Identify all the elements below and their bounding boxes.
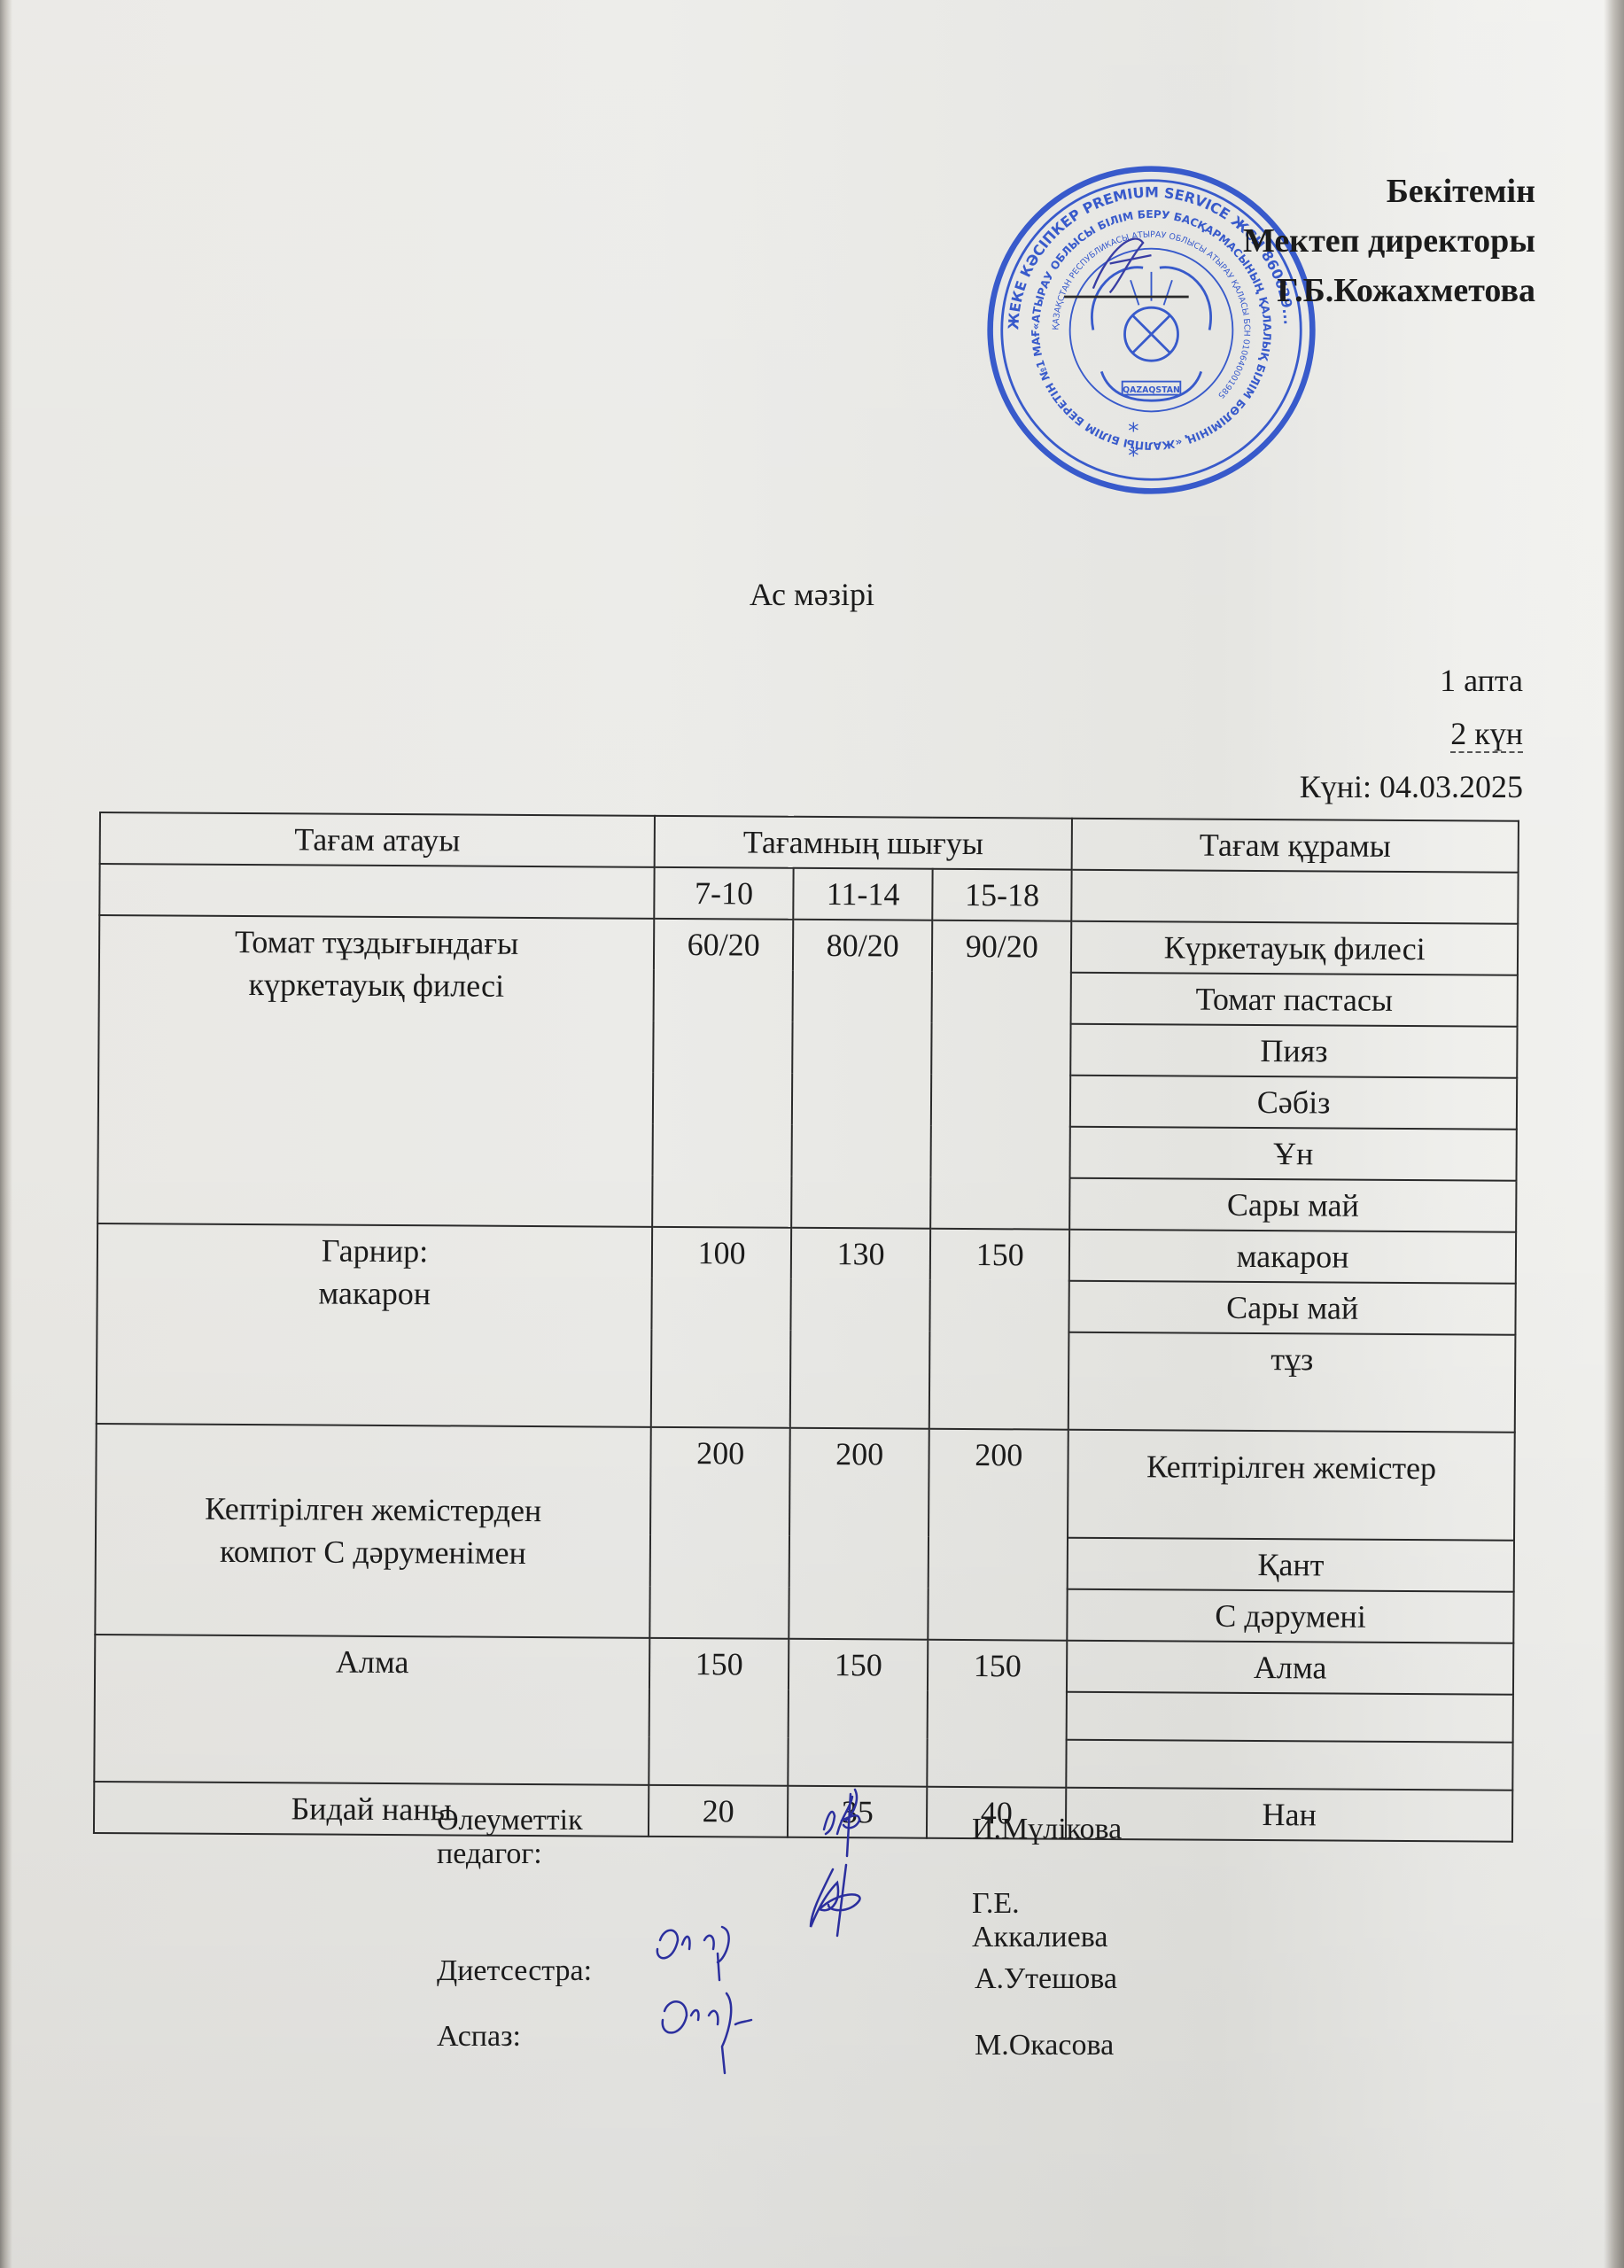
dish-value: 150 [649,1638,789,1786]
date-label: Күні: 04.03.2025 [1300,760,1523,813]
ingredient: Ұн [1070,1127,1517,1181]
ingredient: макарон [1069,1230,1516,1284]
ingredient: Пияз [1070,1024,1517,1078]
table-header-row: Тағам атауы Тағамның шығуы Тағам құрамы [100,812,1519,873]
svg-text:*: * [1128,443,1138,469]
age-row-blank [99,864,654,919]
table-row: Кептірілген жемістерденкомпот С дәрумені… [96,1424,1515,1541]
approval-block: Бекітемін Мектеп директоры Г.Б.Кожахмето… [1243,167,1535,315]
signature-name: М.Окасова [975,2029,1114,2062]
dish-value: 200 [649,1427,789,1639]
ingredient: Күркетауық филесі [1071,921,1518,975]
ingredient: Алма [1067,1641,1513,1695]
ingredient: Сары май [1069,1178,1516,1232]
ingredient: Кептірілген жемістер [1068,1430,1515,1541]
ingredient: С дәрумені [1068,1589,1514,1643]
ingredient: Қант [1068,1538,1514,1592]
dish-value: 130 [790,1228,930,1429]
dish-value: 90/20 [930,920,1071,1230]
age-group: 15-18 [932,869,1071,921]
dish-value: 150 [929,1229,1069,1430]
menu-meta: 1 апта 2 күн Күні: 04.03.2025 [1300,654,1523,813]
age-row-blank [1071,870,1518,924]
dish-name: Алма [94,1635,649,1785]
dish-value: 80/20 [791,920,932,1229]
dish-name: Гарнир:макарон [97,1223,652,1427]
dish-value: 200 [928,1429,1068,1641]
dish-value: 150 [788,1639,928,1787]
table-age-row: 7-10 11-14 15-18 [99,864,1518,924]
ingredient: Сәбіз [1070,1076,1517,1130]
dish-value: 200 [789,1428,929,1640]
handwritten-signatures-icon [638,1781,957,2082]
ingredient-empty [1067,1692,1513,1743]
table-row: Алма 150 150 150 Алма [95,1635,1513,1695]
approval-position: Мектеп директоры [1243,216,1535,266]
svg-text:*: * [1128,417,1138,443]
signature-role: Диетсестра: [437,1954,592,1988]
signature-name: А.Утешова [975,1962,1117,1996]
dish-name: Кептірілген жемістерденкомпот С дәрумені… [95,1424,651,1638]
signature-name: И.Мүлікова [972,1813,1122,1846]
ingredient: Нан [1066,1788,1512,1842]
dish-value: 150 [927,1640,1067,1788]
page-title: Ас мәзірі [0,576,1624,613]
dish-value: 100 [651,1227,791,1428]
dish-value: 60/20 [652,919,793,1228]
week-label: 1 апта [1300,654,1523,707]
ingredient: Сары май [1069,1281,1516,1335]
age-group: 7-10 [654,867,793,920]
approval-heading: Бекітемін [1243,167,1535,216]
menu-table: Тағам атауы Тағамның шығуы Тағам құрамы … [93,812,1519,1843]
ingredient: тұз [1068,1332,1515,1433]
signature-name: Г.Е. Аккалиева [972,1887,1107,1954]
approval-director-name: Г.Б.Кожахметова [1243,266,1535,315]
stamp-emblem-label: QAZAQSTAN [1123,385,1180,395]
signature-role: Әлеуметтік педагог: [437,1804,583,1871]
table-row: Гарнир:макарон 100 130 150 макарон [97,1223,1516,1284]
header-composition: Тағам құрамы [1072,819,1519,873]
ingredient: Томат пастасы [1071,973,1518,1027]
day-label: 2 күн [1450,716,1523,753]
ingredient-empty [1066,1740,1512,1790]
header-dish-name: Тағам атауы [100,812,655,867]
age-group: 11-14 [793,868,932,920]
table-row: Томат тұздығындағыкүркетауық филесі 60/2… [99,915,1518,975]
header-output: Тағамның шығуы [655,816,1072,870]
signature-role: Аспаз: [437,2020,521,2054]
dish-name: Томат тұздығындағыкүркетауық филесі [97,915,654,1227]
